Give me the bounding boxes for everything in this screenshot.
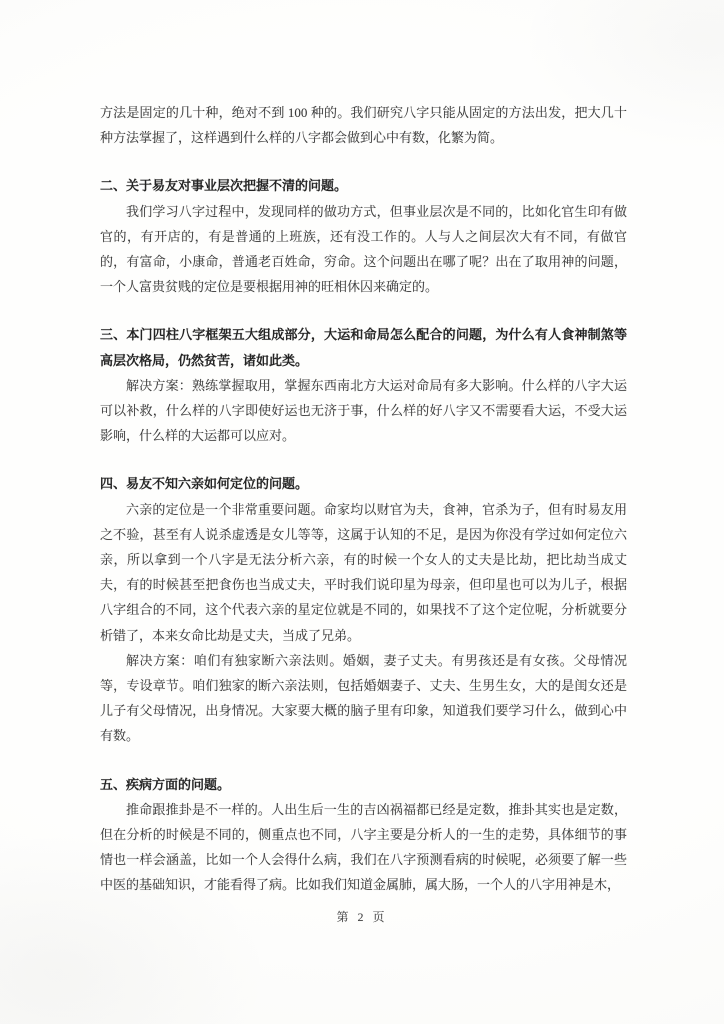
paragraph: 推命跟推卦是不一样的。人出生后一生的吉凶祸福都已经是定数，推卦其实也是定数，但在…: [100, 797, 627, 898]
paragraph: 我们学习八字过程中，发现同样的做功方式，但事业层次是不同的，比如化官生印有做官的…: [100, 199, 627, 300]
section-heading-six-relations: 四、易友不知六亲如何定位的问题。: [100, 471, 627, 496]
paragraph: 解决方案：熟练掌握取用，掌握东西南北方大运对命局有多大影响。什么样的八字大运可以…: [100, 373, 627, 449]
continuation-paragraph: 方法是固定的几十种，绝对不到 100 种的。我们研究八字只能从固定的方法出发，把…: [100, 100, 627, 150]
section-heading-illness: 五、疾病方面的问题。: [100, 772, 627, 797]
paragraph: 解决方案：咱们有独家断六亲法则。婚姻，妻子丈夫。有男孩还是有女孩。父母情况等，专…: [100, 648, 627, 749]
page-text-block: 方法是固定的几十种，绝对不到 100 种的。我们研究八字只能从固定的方法出发，把…: [100, 100, 627, 898]
page-number: 第 2 页: [0, 908, 724, 925]
section-heading-career-levels: 二、关于易友对事业层次把握不清的问题。: [100, 173, 627, 198]
paragraph: 六亲的定位是一个非常重要问题。命家均以财官为夫，食神，官杀为子，但有时易友用之不…: [100, 497, 627, 648]
scanned-page: 方法是固定的几十种，绝对不到 100 种的。我们研究八字只能从固定的方法出发，把…: [0, 0, 724, 1024]
section-heading-framework-luck-cycles: 三、本门四柱八字框架五大组成部分，大运和命局怎么配合的问题，为什么有人食神制煞等…: [100, 322, 627, 372]
